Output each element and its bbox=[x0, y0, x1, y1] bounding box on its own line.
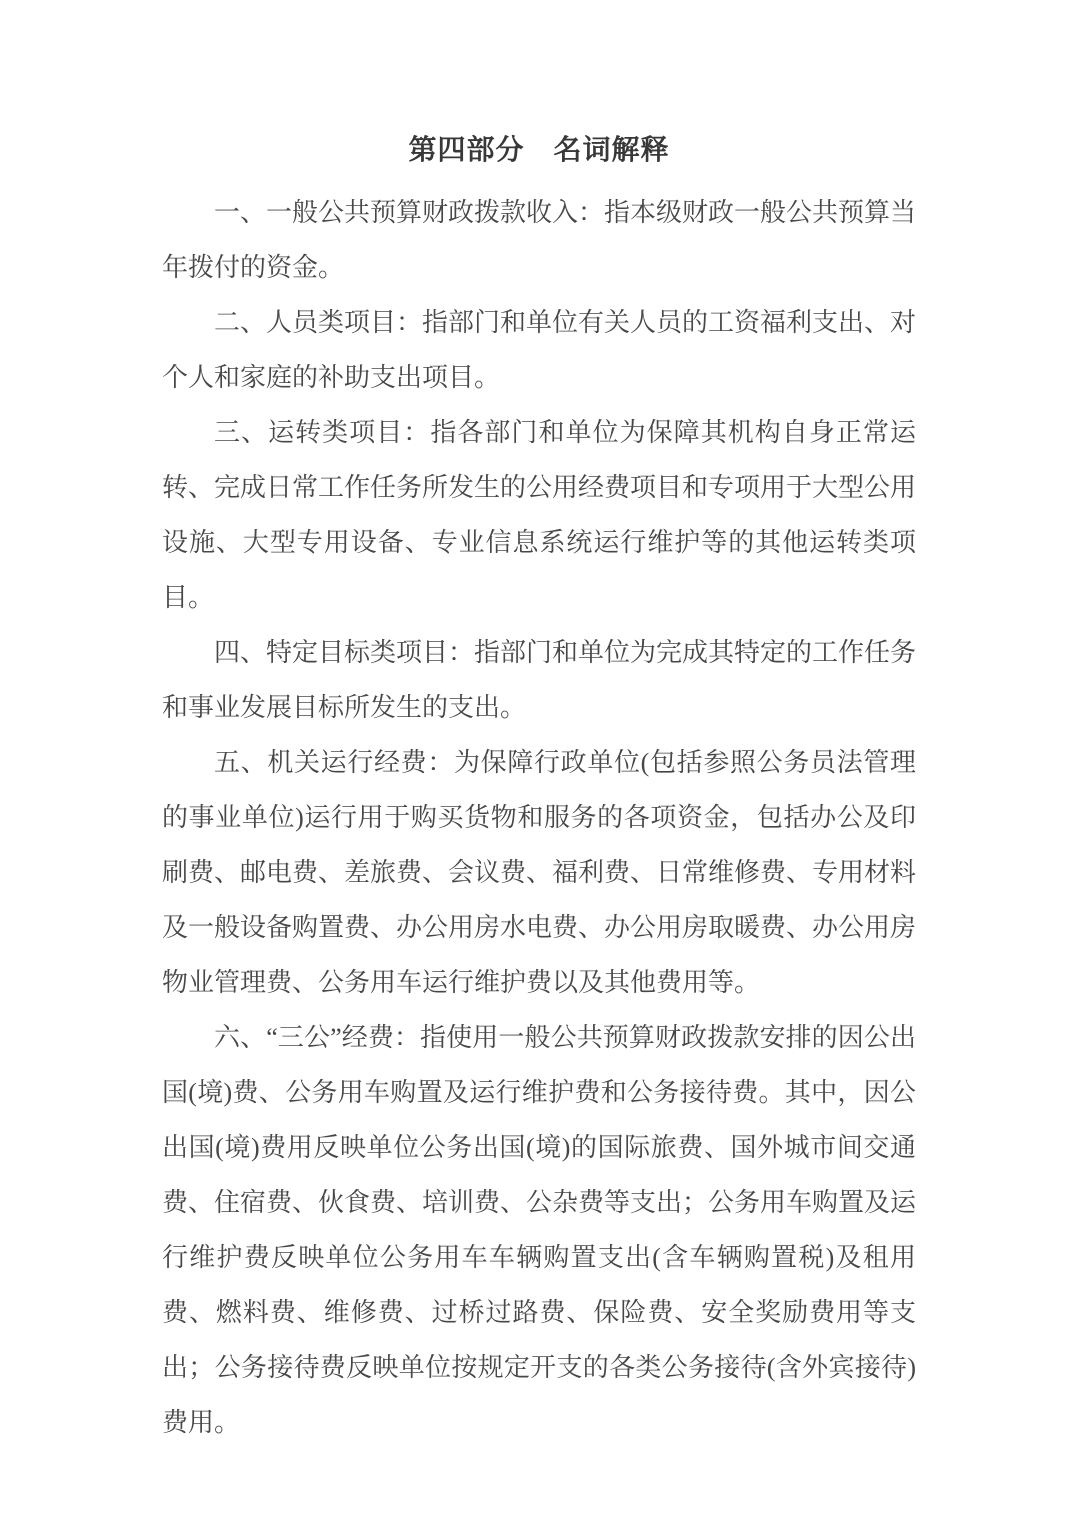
definition-paragraph: 六、“三公”经费：指使用一般公共预算财政拨款安排的因公出国(境)费、公务用车购置… bbox=[162, 1010, 916, 1450]
document-body: 一、一般公共预算财政拨款收入：指本级财政一般公共预算当年拨付的资金。二、人员类项… bbox=[162, 185, 916, 1450]
document-title: 第四部分 名词解释 bbox=[162, 123, 916, 178]
definition-paragraph: 四、特定目标类项目：指部门和单位为完成其特定的工作任务和事业发展目标所发生的支出… bbox=[162, 625, 916, 735]
definition-paragraph: 五、机关运行经费：为保障行政单位(包括参照公务员法管理的事业单位)运行用于购买货… bbox=[162, 735, 916, 1010]
definition-paragraph: 一、一般公共预算财政拨款收入：指本级财政一般公共预算当年拨付的资金。 bbox=[162, 185, 916, 295]
definition-paragraph: 三、运转类项目：指各部门和单位为保障其机构自身正常运转、完成日常工作任务所发生的… bbox=[162, 405, 916, 625]
document-page: 第四部分 名词解释 一、一般公共预算财政拨款收入：指本级财政一般公共预算当年拨付… bbox=[0, 0, 1074, 1520]
definition-paragraph: 二、人员类项目：指部门和单位有关人员的工资福利支出、对个人和家庭的补助支出项目。 bbox=[162, 295, 916, 405]
